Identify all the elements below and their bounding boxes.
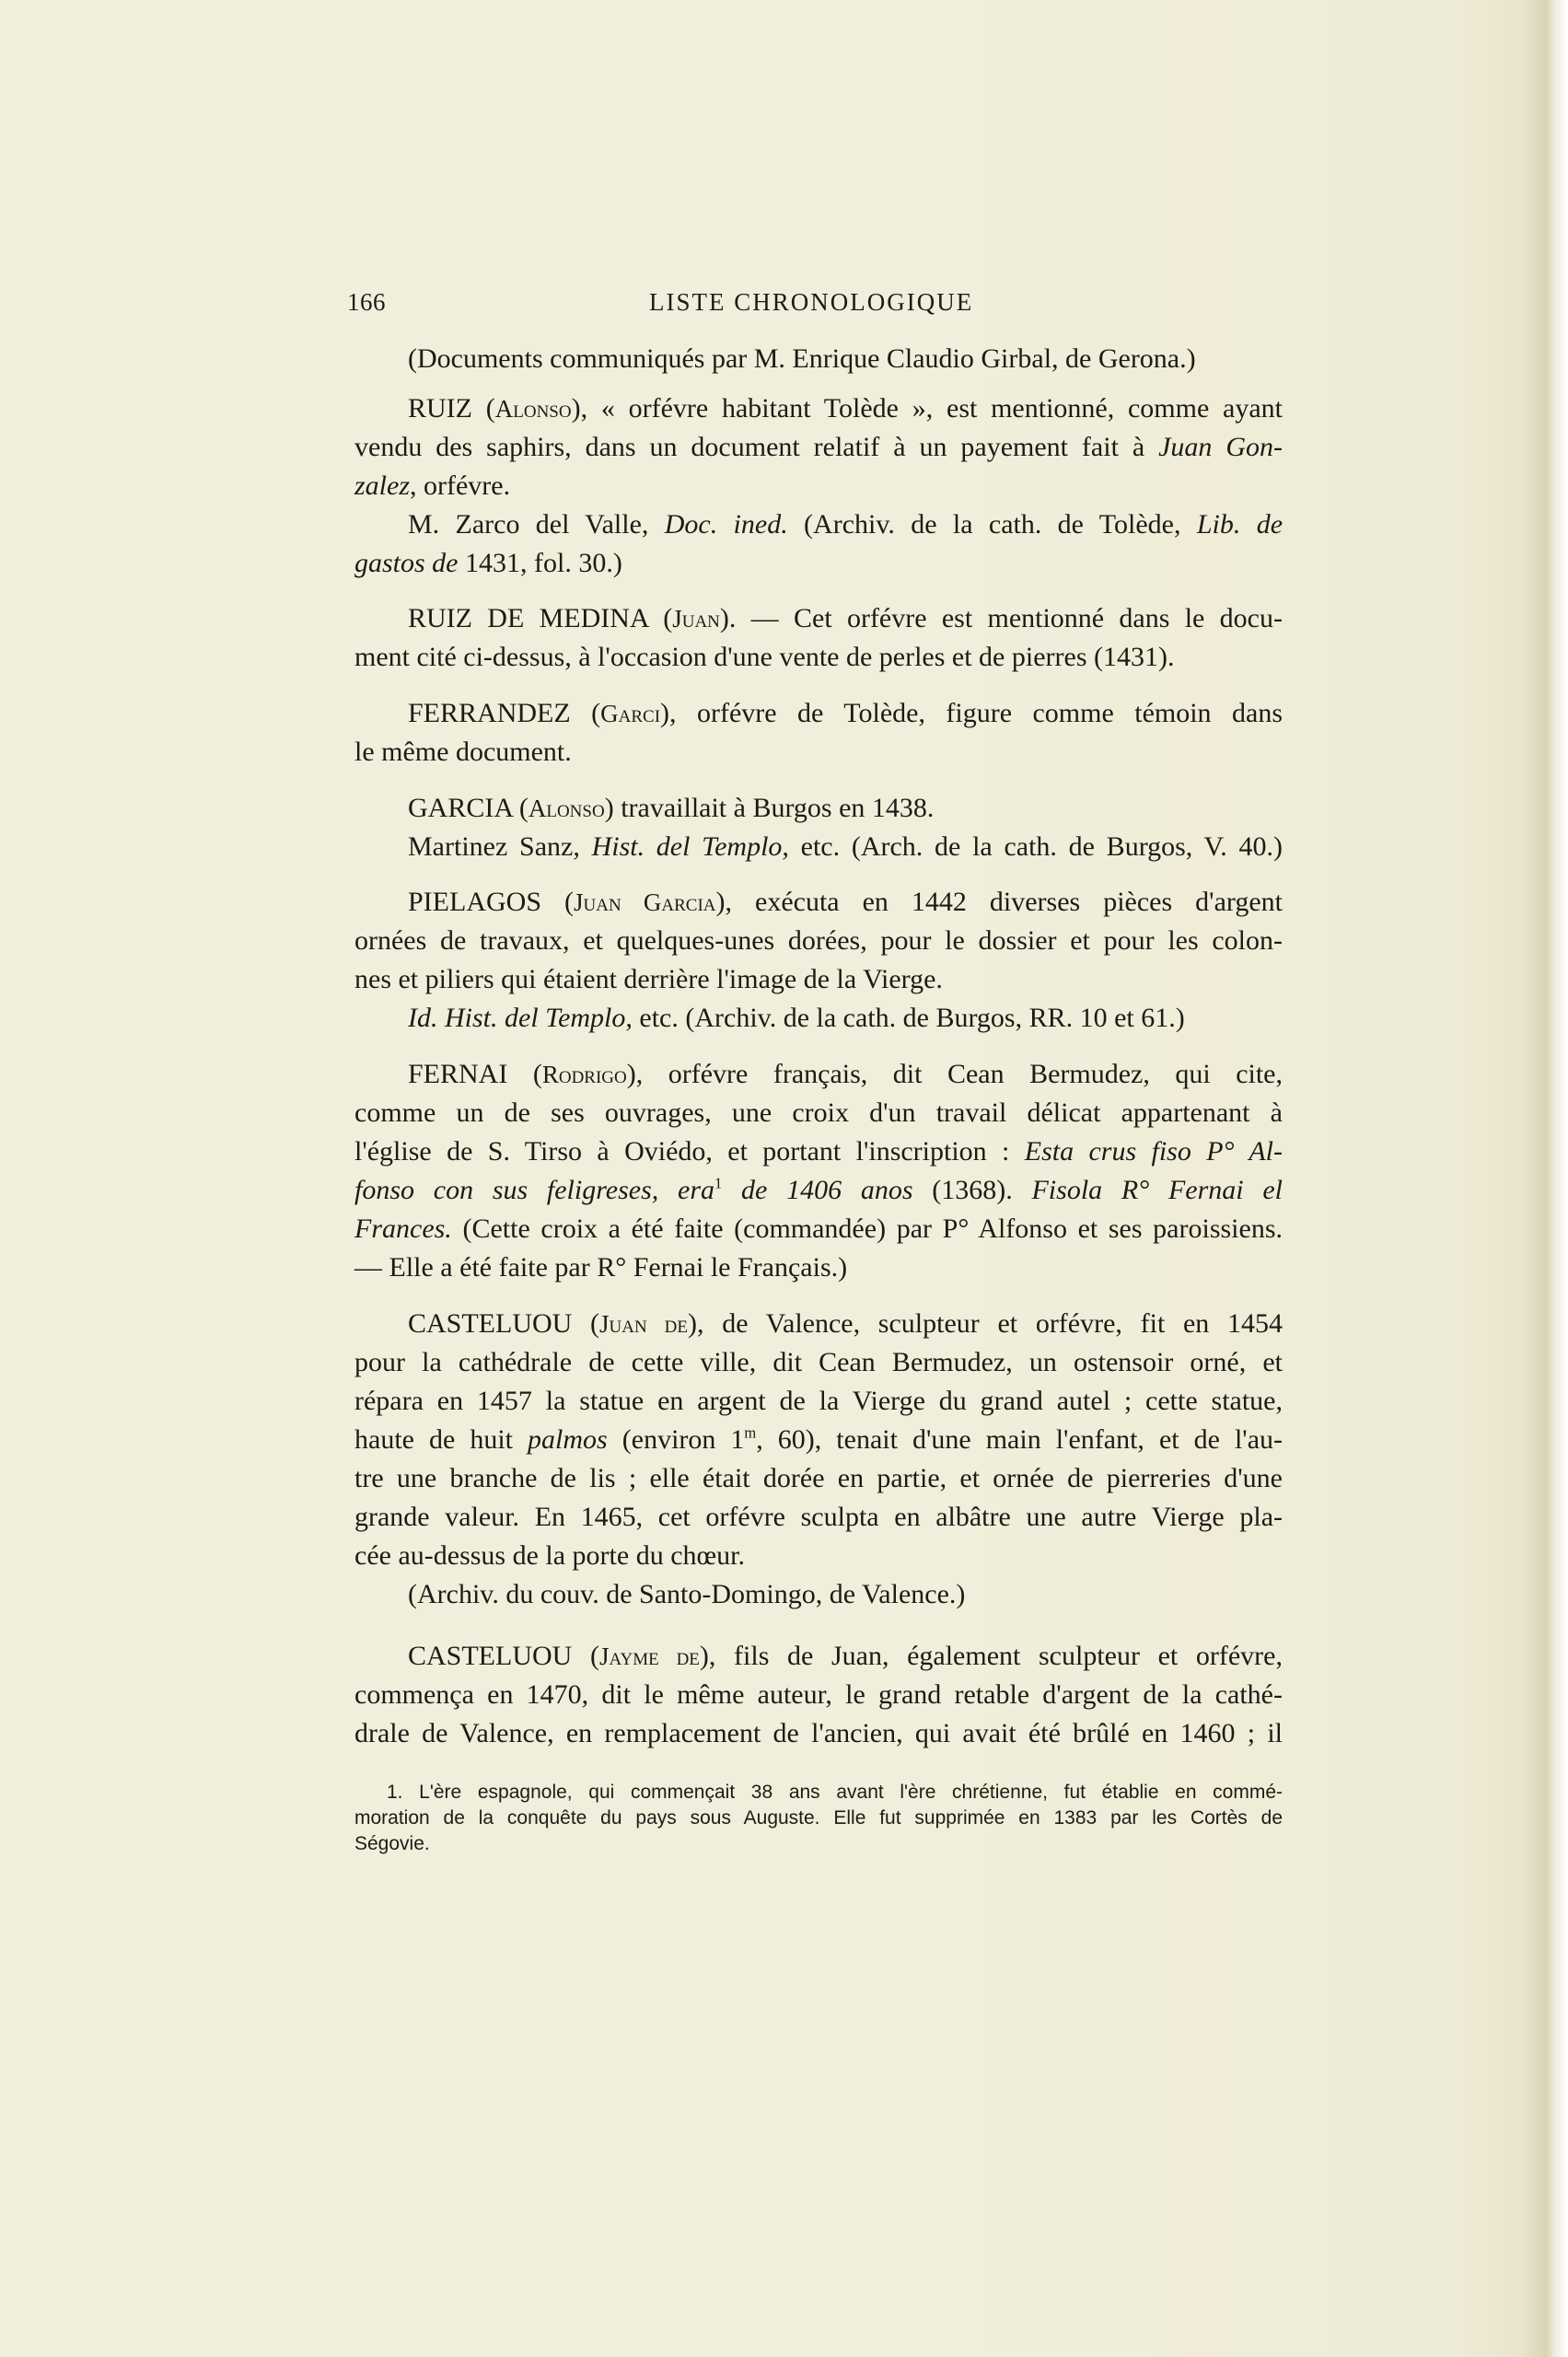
entry-text: ), fils de Juan, également sculpteur et … [700, 1641, 1283, 1671]
ref-text: etc. (Archiv. de la cath. de Burgos, RR.… [639, 1003, 1184, 1033]
entry-line: cée au-dessus de la porte du chœur. [354, 1539, 745, 1573]
entry-line: CASTELUOU (Jayme de), fils de Juan, égal… [408, 1640, 1283, 1673]
entry-line: ment cité ci-dessus, à l'occasion d'une … [354, 641, 1174, 674]
entry-name: CASTELUOU [408, 1308, 572, 1339]
entry-line: RUIZ DE MEDINA (Juan). — Cet orfévre est… [408, 602, 1283, 635]
entry-text: vendu des saphirs, dans un document rela… [354, 432, 1144, 462]
entry-text: haute de huit [354, 1424, 513, 1455]
entry-italic: Juan Gon- [1158, 432, 1283, 462]
ref-italic: Doc. ined. [665, 509, 788, 540]
entry-line: PIELAGOS (Juan Garcia), exécuta en 1442 … [408, 886, 1283, 919]
entry-line: RUIZ (Alonso), « orfévre habitant Tolède… [408, 392, 1283, 425]
ref-text: 1431, fol. 30.) [465, 548, 622, 578]
entry-line: comme un de ses ouvrages, une croix d'un… [354, 1097, 1283, 1130]
entry-given-name: Juan [672, 605, 720, 633]
entry-text: ), de Valence, sculpteur et orfévre, fit… [688, 1308, 1283, 1339]
entry-line: le même document. [354, 736, 572, 769]
ref-italic: Lib. de [1197, 509, 1283, 540]
unit-superscript: m [744, 1423, 756, 1441]
entry-line: drale de Valence, en remplacement de l'a… [354, 1717, 1283, 1750]
inscription-italic: Fisola R° Fernai el [1031, 1175, 1283, 1205]
entry-name: RUIZ [408, 393, 472, 424]
entry-name: RUIZ DE MEDINA [408, 603, 648, 633]
entry-name: FERNAI [408, 1059, 507, 1089]
ref-text: etc. (Arch. de la cath. de Burgos, V. 40… [801, 831, 1283, 862]
inscription-italic: Frances. [354, 1213, 452, 1244]
footnote-line: 1. L'ère espagnole, qui commençait 38 an… [387, 1780, 1283, 1805]
entry-text: , orfévre. [410, 470, 510, 501]
entry-line: tre une branche de lis ; elle était doré… [354, 1462, 1283, 1495]
entry-text: (Cette croix a été faite (commandée) par… [462, 1213, 1283, 1244]
running-head: LISTE CHRONOLOGIQUE [649, 288, 973, 317]
inscription-italic: fonso con sus feligreses, era [354, 1175, 714, 1205]
reference-line: (Archiv. du couv. de Santo-Domingo, de V… [408, 1578, 965, 1611]
entry-line: pour la cathédrale de cette ville, dit C… [354, 1346, 1283, 1379]
footnote-line: Ségovie. [354, 1831, 430, 1857]
entry-text: ), « orfévre habitant Tolède », est ment… [572, 393, 1283, 424]
entry-line: fonso con sus feligreses, era1 de 1406 a… [354, 1174, 1283, 1207]
inscription-italic: de 1406 anos [741, 1175, 912, 1205]
entry-line: CASTELUOU (Juan de), de Valence, sculpte… [408, 1307, 1283, 1341]
entry-italic: zalez [354, 470, 410, 501]
entry-text: , 60), tenait d'une main l'enfant, et de… [756, 1424, 1283, 1455]
ref-text: (Archiv. de la cath. de Tolède, [804, 509, 1180, 540]
footnote-marker[interactable]: 1 [714, 1174, 722, 1191]
footnote-line: moration de la conquête du pays sous Aug… [354, 1805, 1283, 1831]
entry-line: commença en 1470, dit le même auteur, le… [354, 1678, 1283, 1712]
entry-line: FERRANDEZ (Garci), orfévre de Tolède, fi… [408, 697, 1283, 730]
entry-name: FERRANDEZ [408, 698, 571, 728]
entry-line: Frances. (Cette croix a été faite (comma… [354, 1213, 1283, 1246]
entry-given-name: Alonso [495, 395, 572, 423]
entry-italic: palmos [528, 1424, 608, 1455]
entry-given-name: Alonso [528, 795, 605, 822]
entry-text: ). — Cet orfévre est mentionné dans le d… [720, 603, 1283, 633]
entry-line: GARCIA (Alonso) travaillait à Burgos en … [408, 792, 934, 825]
entry-given-name: Rodrigo [542, 1061, 627, 1088]
entry-given-name: Juan de [599, 1310, 688, 1338]
entry-name: CASTELUOU [408, 1641, 572, 1671]
ref-italic: gastos de [354, 548, 459, 578]
entry-text: l'église de S. Tirso à Oviédo, et portan… [354, 1136, 1009, 1167]
entry-line: ornées de travaux, et quelques-unes doré… [354, 924, 1283, 958]
entry-line: — Elle a été faite par R° Fernai le Fran… [354, 1251, 847, 1284]
entry-given-name: Jayme de [599, 1643, 700, 1670]
entry-name: PIELAGOS [408, 887, 541, 917]
source-note: (Documents communiqués par M. Enrique Cl… [408, 343, 1196, 376]
entry-line: zalez, orfévre. [354, 470, 510, 503]
page-number: 166 [347, 288, 386, 317]
inscription-italic: Esta crus fiso P° Al- [1025, 1136, 1283, 1167]
entry-line: vendu des saphirs, dans un document rela… [354, 431, 1283, 464]
entry-line: haute de huit palmos (environ 1m, 60), t… [354, 1423, 1283, 1457]
reference-line: Martinez Sanz, Hist. del Templo, etc. (A… [408, 830, 1283, 864]
reference-line: Id. Hist. del Templo, etc. (Archiv. de l… [408, 1002, 1185, 1035]
entry-text: ) travaillait à Burgos en 1438. [605, 793, 935, 823]
entry-given-name: Juan Garcia [574, 888, 716, 916]
entry-text: ), orfévre de Tolède, figure comme témoi… [660, 698, 1283, 728]
entry-text: ), exécuta en 1442 diverses pièces d'arg… [716, 887, 1283, 917]
entry-line: nes et piliers qui étaient derrière l'im… [354, 963, 943, 996]
ref-text: Martinez Sanz, [408, 831, 580, 862]
ref-italic: Hist. del Templo, [592, 831, 789, 862]
entry-line: FERNAI (Rodrigo), orfévre français, dit … [408, 1058, 1283, 1091]
entry-line: répara en 1457 la statue en argent de la… [354, 1385, 1283, 1418]
entry-line: grande valeur. En 1465, cet orfévre scul… [354, 1501, 1283, 1534]
ref-text: M. Zarco del Valle, [408, 509, 648, 540]
entry-text: (environ 1 [622, 1424, 745, 1455]
entry-text: ), orfévre français, dit Cean Bermudez, … [627, 1059, 1283, 1089]
entry-given-name: Garci [600, 700, 660, 727]
entry-text: (1368). [932, 1175, 1012, 1205]
reference-line: gastos de 1431, fol. 30.) [354, 547, 622, 580]
reference-line: M. Zarco del Valle, Doc. ined. (Archiv. … [408, 508, 1283, 541]
entry-name: GARCIA [408, 793, 512, 823]
entry-line: l'église de S. Tirso à Oviédo, et portan… [354, 1135, 1283, 1168]
ref-italic: Id. Hist. del Templo, [408, 1003, 633, 1033]
